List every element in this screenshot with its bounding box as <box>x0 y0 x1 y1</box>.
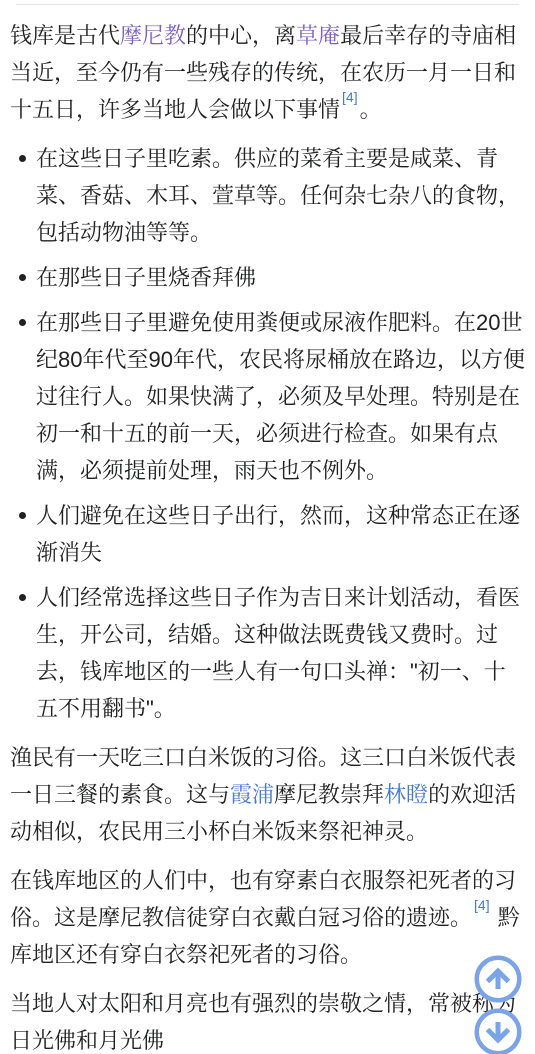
text-run: 当地人对太阳和月亮也有强烈的崇敬之情，常被称为日光佛和月光佛 <box>10 991 516 1053</box>
arrow-up-circle-icon <box>474 955 522 1003</box>
wiki-link-visited[interactable]: 摩尼教 <box>120 23 186 48</box>
paragraph: 在钱库地区的人们中，也有穿素白衣服祭祀死者的习俗。这是摩尼教信徒穿白衣戴白冠习俗… <box>10 862 525 973</box>
text-run: 在那些日子里避免使用粪便或尿液作肥料。在20世纪80年代至90年代，农民将尿桶放… <box>36 310 525 483</box>
wiki-link[interactable]: 林瞪 <box>384 782 428 807</box>
text-run: 。 <box>360 97 382 122</box>
text-run: 在这些日子里吃素。供应的菜肴主要是咸菜、青菜、香菇、木耳、萱草等。任何杂七杂八的… <box>36 146 520 245</box>
customs-list: 在这些日子里吃素。供应的菜肴主要是咸菜、青菜、香菇、木耳、萱草等。任何杂七杂八的… <box>10 140 525 727</box>
scroll-buttons <box>474 955 522 1054</box>
article-content: 钱库是古代摩尼教的中心，离草庵最后幸存的寺庙相当近，至今仍有一些残存的传统，在农… <box>0 4 535 1054</box>
citation-ref[interactable]: [4] <box>474 897 490 913</box>
text-run: 人们经常选择这些日子作为吉日来计划活动，看医生，开公司，结婚。这种做法既费钱又费… <box>36 585 520 721</box>
body-paragraphs: 渔民有一天吃三口白米饭的习俗。这三口白米饭代表一日三餐的素食。这与霞浦摩尼教崇拜… <box>10 739 525 1054</box>
arrow-down-circle-icon <box>474 1008 522 1054</box>
list-item: 在那些日子里烧香拜佛 <box>10 259 525 296</box>
list-item: 在这些日子里吃素。供应的菜肴主要是咸菜、青菜、香菇、木耳、萱草等。任何杂七杂八的… <box>10 140 525 251</box>
citation-ref[interactable]: [4] <box>342 89 358 105</box>
paragraph: 渔民有一天吃三口白米饭的习俗。这三口白米饭代表一日三餐的素食。这与霞浦摩尼教崇拜… <box>10 739 525 850</box>
wiki-link-visited[interactable]: 草庵 <box>296 23 340 48</box>
text-run: 人们避免在这些日子出行，然而，这种常态正在逐渐消失 <box>36 503 520 565</box>
text-run: 摩尼教崇拜 <box>274 782 384 807</box>
list-item: 人们避免在这些日子出行，然而，这种常态正在逐渐消失 <box>10 497 525 571</box>
intro-paragraph: 钱库是古代摩尼教的中心，离草庵最后幸存的寺庙相当近，至今仍有一些残存的传统，在农… <box>10 17 525 128</box>
text-run: 的中心，离 <box>186 23 296 48</box>
paragraph: 当地人对太阳和月亮也有强烈的崇敬之情，常被称为日光佛和月光佛 <box>10 985 525 1054</box>
wiki-link[interactable]: 霞浦 <box>230 782 274 807</box>
section-divider <box>16 4 519 5</box>
text-run: 在那些日子里烧香拜佛 <box>36 265 256 290</box>
list-item: 在那些日子里避免使用粪便或尿液作肥料。在20世纪80年代至90年代，农民将尿桶放… <box>10 304 525 489</box>
list-item: 人们经常选择这些日子作为吉日来计划活动，看医生，开公司，结婚。这种做法既费钱又费… <box>10 579 525 727</box>
scroll-down-button[interactable] <box>474 1008 522 1054</box>
text-run: 在钱库地区的人们中，也有穿素白衣服祭祀死者的习俗。这是摩尼教信徒穿白衣戴白冠习俗… <box>10 868 516 930</box>
scroll-up-button[interactable] <box>474 955 522 1003</box>
text-run: 钱库是古代 <box>10 23 120 48</box>
